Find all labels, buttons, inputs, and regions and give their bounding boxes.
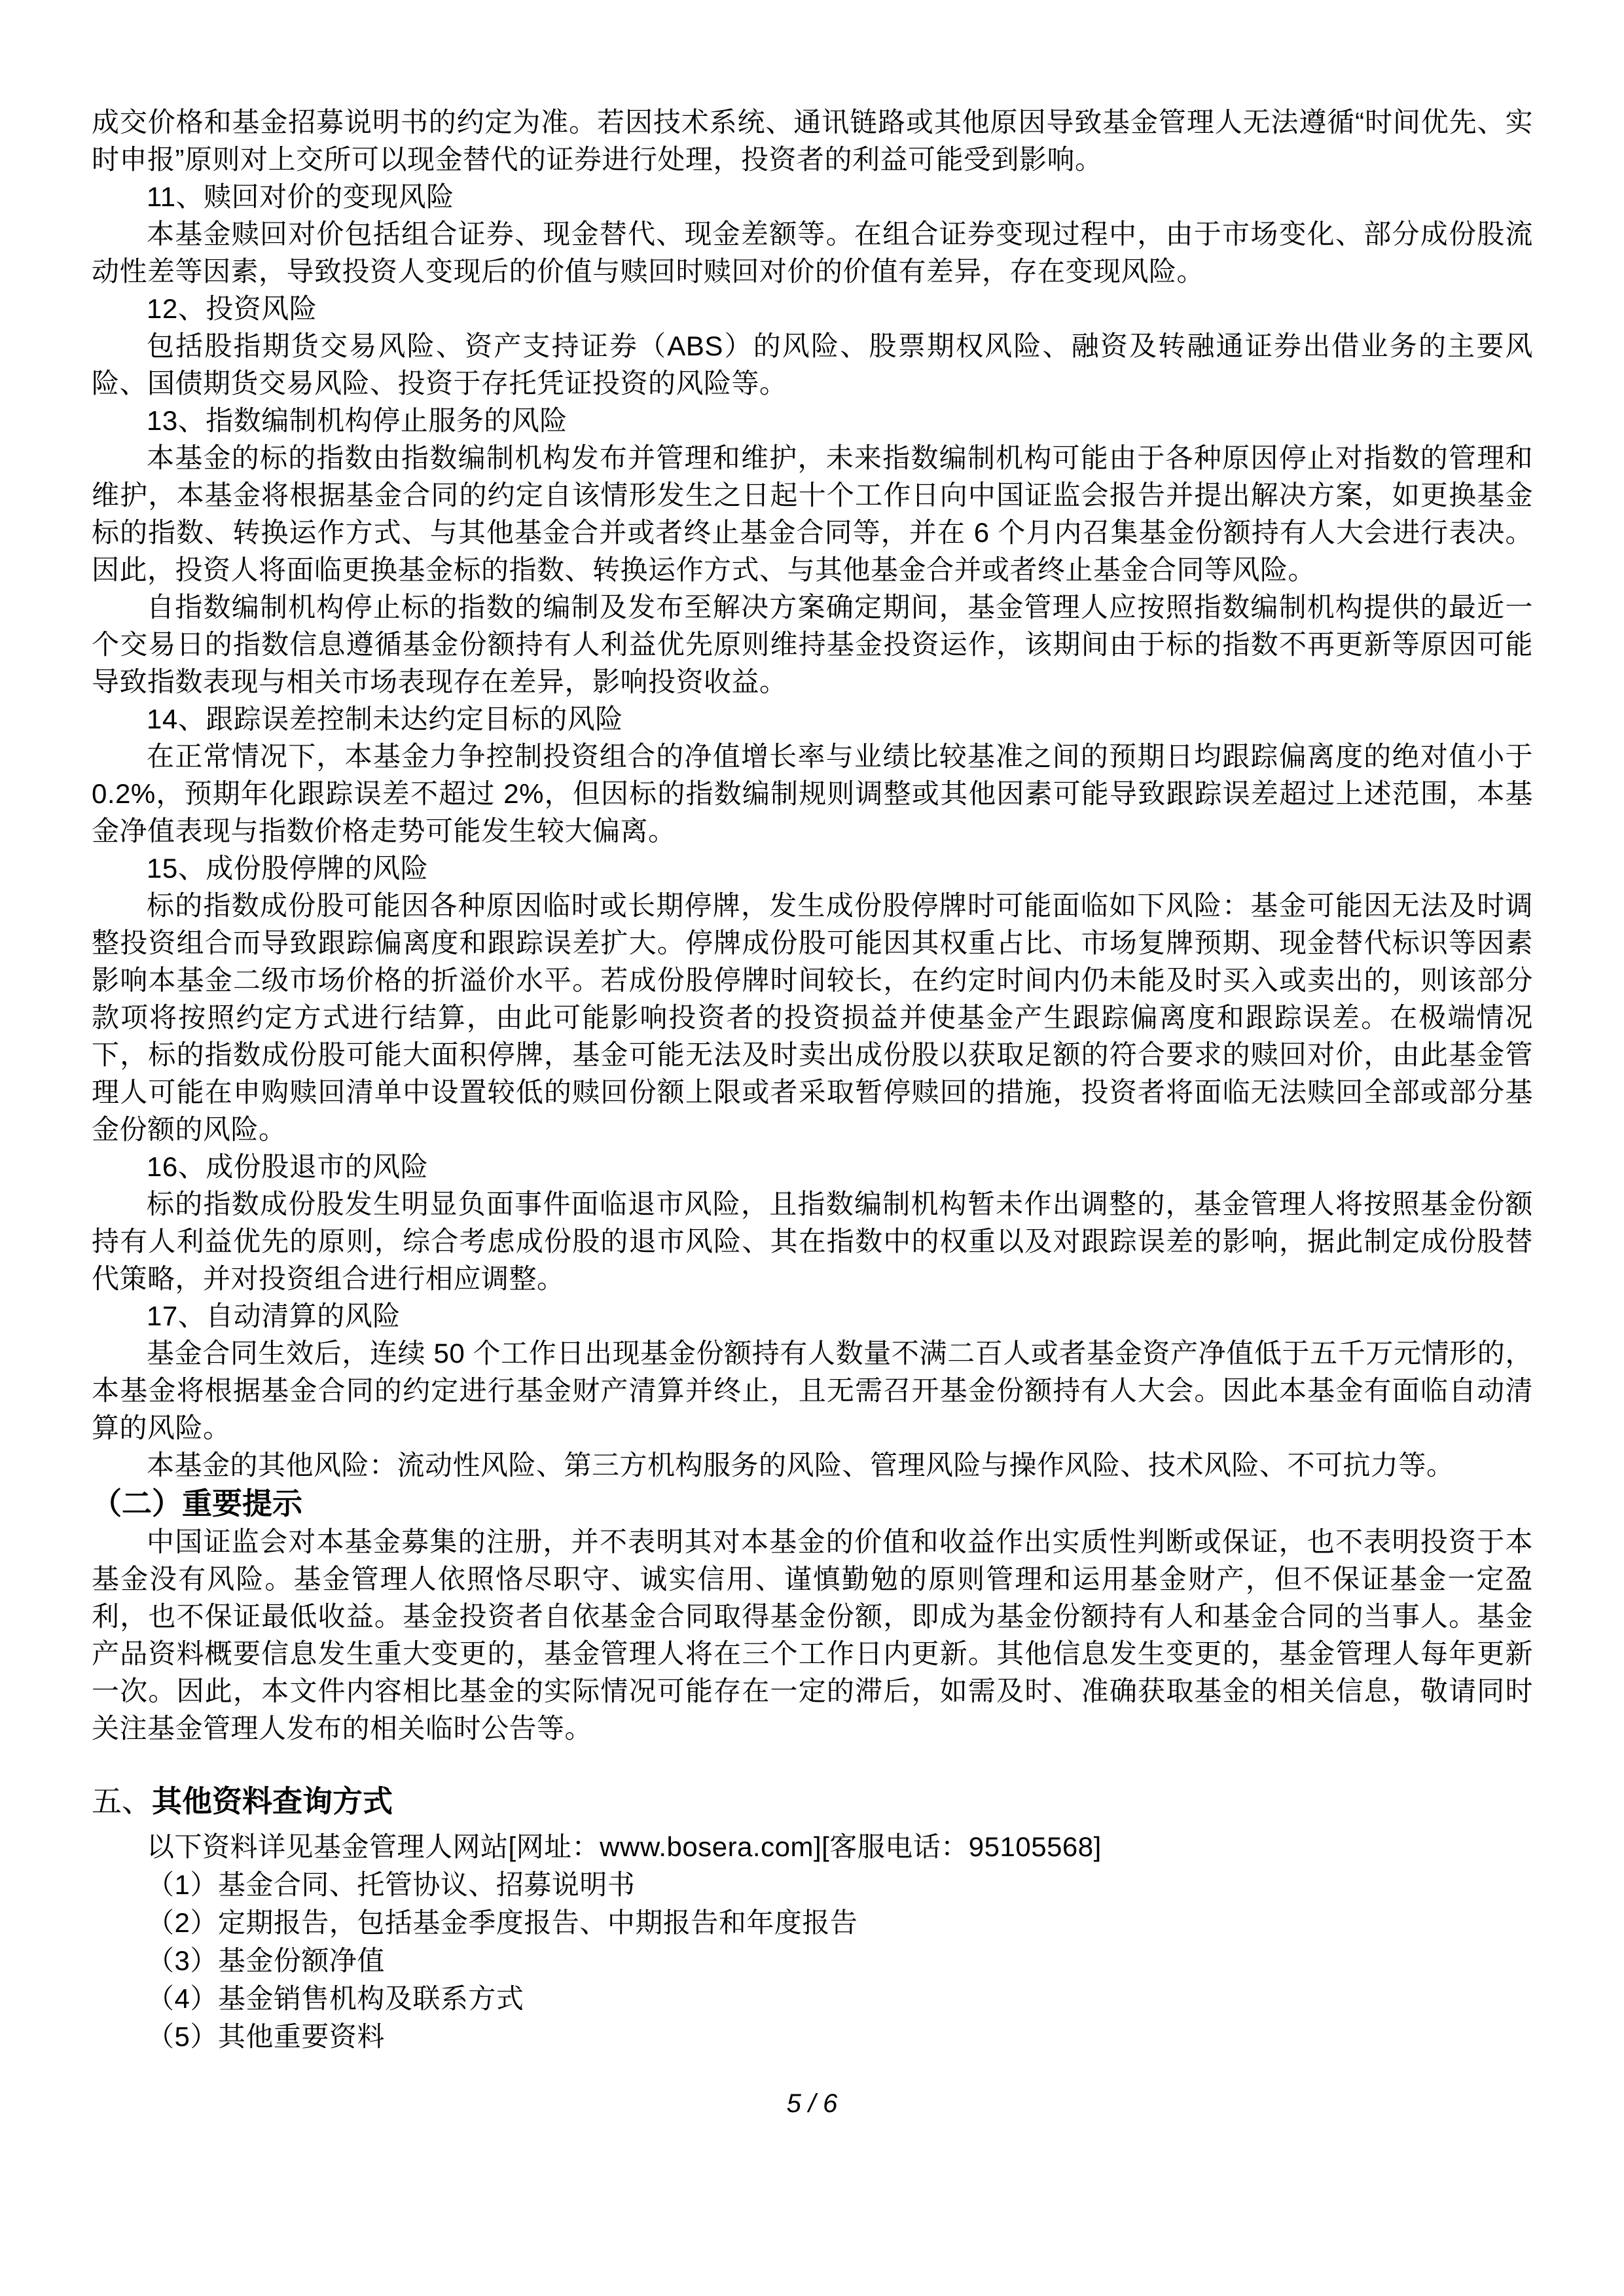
risk-heading-14: 14、跟踪误差控制未达约定目标的风险 <box>92 700 1533 738</box>
risk-heading-15: 15、成份股停牌的风险 <box>92 850 1533 887</box>
page-number: 5 / 6 <box>0 2089 1624 2119</box>
section-heading-other-info-query: 五、其他资料查询方式 <box>92 1781 1533 1821</box>
risk-body-14: 在正常情况下，本基金力争控制投资组合的净值增长率与业绩比较基准之间的预期日均跟踪… <box>92 738 1533 850</box>
paragraph-continuation: 成交价格和基金招募说明书的约定为准。若因技术系统、通讯链路或其他原因导致基金管理… <box>92 103 1533 178</box>
section-title: 其他资料查询方式 <box>152 1784 393 1818</box>
risk-body-16: 标的指数成份股发生明显负面事件面临退市风险，且指数编制机构暂未作出调整的，基金管… <box>92 1185 1533 1297</box>
query-method-list: 以下资料详见基金管理人网站[网址：www.bosera.com][客服电话：95… <box>92 1828 1533 2056</box>
risk-body-12: 包括股指期货交易风险、资产支持证券（ABS）的风险、股票期权风险、融资及转融通证… <box>92 327 1533 402</box>
query-item-5: （5）其他重要资料 <box>92 2018 1533 2056</box>
query-intro-line: 以下资料详见基金管理人网站[网址：www.bosera.com][客服电话：95… <box>92 1828 1533 1866</box>
risk-heading-13: 13、指数编制机构停止服务的风险 <box>92 402 1533 439</box>
important-notice-body: 中国证监会对本基金募集的注册，并不表明其对本基金的价值和收益作出实质性判断或保证… <box>92 1523 1533 1747</box>
risk-body-13-part2: 自指数编制机构停止标的指数的编制及发布至解决方案确定期间，基金管理人应按照指数编… <box>92 588 1533 700</box>
risk-heading-11: 11、赎回对价的变现风险 <box>92 178 1533 215</box>
document-page: 成交价格和基金招募说明书的约定为准。若因技术系统、通讯链路或其他原因导致基金管理… <box>0 0 1624 2296</box>
page-content: 成交价格和基金招募说明书的约定为准。若因技术系统、通讯链路或其他原因导致基金管理… <box>92 103 1533 2056</box>
query-item-2: （2）定期报告，包括基金季度报告、中期报告和年度报告 <box>92 1904 1533 1942</box>
risk-body-17: 基金合同生效后，连续 50 个工作日出现基金份额持有人数量不满二百人或者基金资产… <box>92 1335 1533 1446</box>
query-item-3: （3）基金份额净值 <box>92 1942 1533 1980</box>
risk-heading-12: 12、投资风险 <box>92 290 1533 327</box>
risk-heading-17: 17、自动清算的风险 <box>92 1297 1533 1335</box>
risk-heading-16: 16、成份股退市的风险 <box>92 1148 1533 1185</box>
section-number: 五、 <box>92 1784 152 1818</box>
query-item-4: （4）基金销售机构及联系方式 <box>92 1980 1533 2018</box>
other-risks-paragraph: 本基金的其他风险：流动性风险、第三方机构服务的风险、管理风险与操作风险、技术风险… <box>92 1446 1533 1484</box>
risk-body-15: 标的指数成份股可能因各种原因临时或长期停牌，发生成份股停牌时可能面临如下风险：基… <box>92 887 1533 1148</box>
important-notice-heading: （二）重要提示 <box>92 1484 1533 1523</box>
query-item-1: （1）基金合同、托管协议、招募说明书 <box>92 1866 1533 1904</box>
risk-body-13-part1: 本基金的标的指数由指数编制机构发布并管理和维护，未来指数编制机构可能由于各种原因… <box>92 439 1533 588</box>
risk-body-11: 本基金赎回对价包括组合证券、现金替代、现金差额等。在组合证券变现过程中，由于市场… <box>92 215 1533 290</box>
